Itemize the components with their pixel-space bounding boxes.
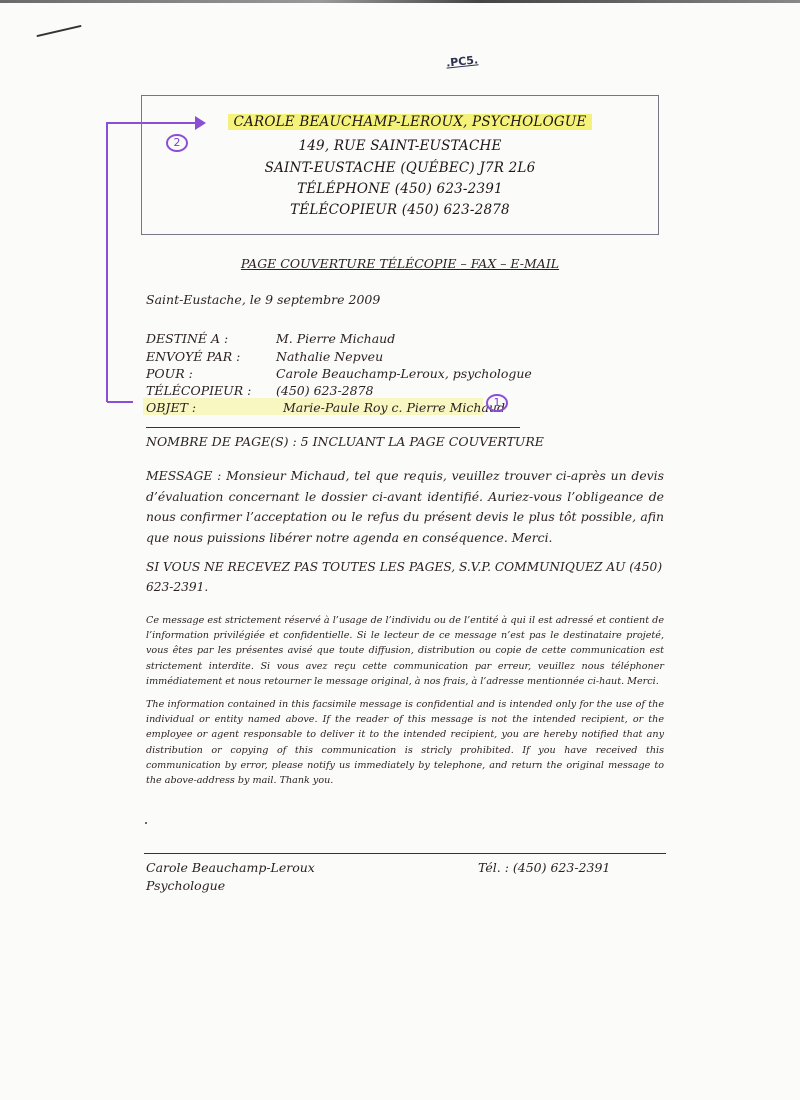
circled-number-1: 1 [486,394,508,412]
field-value: M. Pierre Michaud [276,331,395,346]
cover-title: PAGE COUVERTURE TÉLÉCOPIE – FAX – E-MAIL [0,256,800,271]
field-label: ENVOYÉ PAR : [146,349,240,364]
footer-title: Psychologue [146,878,225,893]
message-body: MESSAGE : Monsieur Michaud, tel que requ… [146,466,664,548]
page-count: NOMBRE DE PAGE(S) : 5 INCLUANT LA PAGE C… [146,434,544,449]
page-mark: .PC5. [445,53,478,69]
field-label: POUR : [146,366,193,381]
confidentiality-en: The information contained in this facsim… [146,697,664,788]
field-label: TÉLÉCOPIEUR : [146,383,251,398]
field-value: Nathalie Nepveu [276,349,383,364]
divider [146,427,520,428]
pen-bracket-bottom [107,401,133,403]
footer-phone: Tél. : (450) 623-2391 [478,860,610,875]
confidentiality-fr: Ce message est strictement réservé à l’u… [146,613,664,689]
letterhead-street: 149, RUE SAINT-EUSTACHE [142,138,658,154]
field-value: Carole Beauchamp-Leroux, psychologue [276,366,532,381]
footer-divider [144,853,666,854]
field-value: Marie-Paule Roy c. Pierre Michaud [283,400,505,415]
footer-name: Carole Beauchamp-Leroux [146,860,315,875]
letterhead-phone: TÉLÉPHONE (450) 623-2391 [142,181,658,197]
missing-pages-warning: SI VOUS NE RECEVEZ PAS TOUTES LES PAGES,… [146,557,664,597]
scan-edge [0,0,800,3]
field-value: (450) 623-2878 [276,383,373,398]
date-line: Saint-Eustache, le 9 septembre 2009 [146,292,380,307]
field-label: OBJET : [146,400,196,415]
pen-mark [36,25,81,37]
stray-mark [145,822,147,824]
letterhead-fax: TÉLÉCOPIEUR (450) 623-2878 [142,202,658,218]
letterhead-city: SAINT-EUSTACHE (QUÉBEC) J7R 2L6 [142,160,658,176]
field-label: DESTINÉ A : [146,331,228,346]
letterhead-box: CAROLE BEAUCHAMP-LEROUX, PSYCHOLOGUE 149… [141,95,659,235]
letterhead-name: CAROLE BEAUCHAMP-LEROUX, PSYCHOLOGUE [152,114,668,130]
